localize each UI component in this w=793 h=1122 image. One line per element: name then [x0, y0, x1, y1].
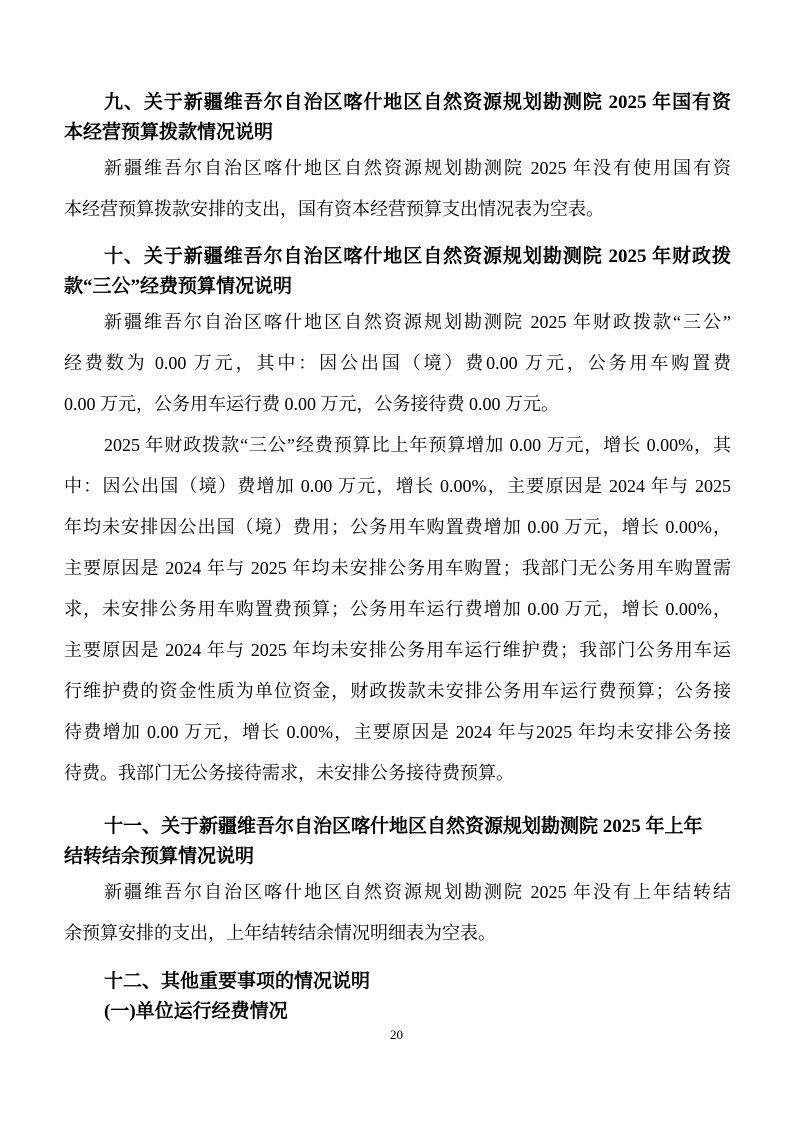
section-10-paragraph-line: 待费。我部门无公务接待需求，未安排公务接待费预算。 — [64, 753, 731, 794]
section-10-paragraph-line: 新疆维吾尔自治区喀什地区自然资源规划勘测院 2025 年财政拨款“三公” — [64, 302, 731, 343]
document-body: 九、关于新疆维吾尔自治区喀什地区自然资源规划勘测院 2025 年国有资 本经营预… — [64, 88, 731, 1027]
section-10-paragraph-line: 2025 年财政拨款“三公”经费预算比上年预算增加 0.00 万元，增长 0.0… — [64, 425, 731, 466]
document-page: 九、关于新疆维吾尔自治区喀什地区自然资源规划勘测院 2025 年国有资 本经营预… — [0, 0, 793, 1122]
section-10-paragraph-line: 主要原因是 2024 年与 2025 年均未安排公务用车购置；我部门无公务用车购… — [64, 548, 731, 589]
page-footer: 20 — [0, 1026, 793, 1044]
section-10-paragraph-line: 行维护费的资金性质为单位资金，财政拨款未安排公务用车运行费预算；公务接 — [64, 671, 731, 712]
section-11-paragraph-line: 余预算安排的支出，上年结转结余情况明细表为空表。 — [64, 913, 731, 954]
section-10-paragraph-line: 经费数为 0.00 万元，其中：因公出国（境）费0.00 万元，公务用车购置费 — [64, 343, 731, 384]
section-11-paragraph-line: 新疆维吾尔自治区喀什地区自然资源规划勘测院 2025 年没有上年结转结 — [64, 872, 731, 913]
section-9-heading-line-1: 九、关于新疆维吾尔自治区喀什地区自然资源规划勘测院 2025 年国有资 — [64, 88, 731, 118]
section-10-heading-line-2: 款“三公”经费预算情况说明 — [64, 272, 731, 302]
section-11-heading-line-1: 十一、关于新疆维吾尔自治区喀什地区自然资源规划勘测院 2025 年上年 — [64, 812, 731, 842]
section-10-paragraph-line: 年均未安排因公出国（境）费用；公务用车购置费增加 0.00 万元，增长 0.00… — [64, 507, 731, 548]
section-10-paragraph-line: 求，未安排公务用车购置费预算；公务用车运行费增加 0.00 万元，增长 0.00… — [64, 589, 731, 630]
section-9-paragraph-line: 本经营预算拨款安排的支出，国有资本经营预算支出情况表为空表。 — [64, 189, 731, 230]
section-11-heading-line-2: 结转结余预算情况说明 — [64, 842, 731, 872]
section-10-paragraph-line: 待费增加 0.00 万元，增长 0.00%，主要原因是 2024 年与2025 … — [64, 712, 731, 753]
section-10-paragraph-line: 中：因公出国（境）费增加 0.00 万元，增长 0.00%，主要原因是 2024… — [64, 466, 731, 507]
section-12-heading-line: 十二、其他重要事项的情况说明 — [64, 967, 731, 997]
section-10-heading-line-1: 十、关于新疆维吾尔自治区喀什地区自然资源规划勘测院 2025 年财政拨 — [64, 242, 731, 272]
page-number: 20 — [390, 1027, 403, 1042]
section-12-subheading-line: (一)单位运行经费情况 — [64, 997, 731, 1027]
section-10-paragraph-line: 主要原因是 2024 年与 2025 年均未安排公务用车运行维护费；我部门公务用… — [64, 630, 731, 671]
section-9-paragraph-line: 新疆维吾尔自治区喀什地区自然资源规划勘测院 2025 年没有使用国有资 — [64, 148, 731, 189]
section-10-paragraph-line: 0.00 万元，公务用车运行费 0.00 万元，公务接待费 0.00 万元。 — [64, 384, 731, 425]
section-9-heading-line-2: 本经营预算拨款情况说明 — [64, 118, 731, 148]
